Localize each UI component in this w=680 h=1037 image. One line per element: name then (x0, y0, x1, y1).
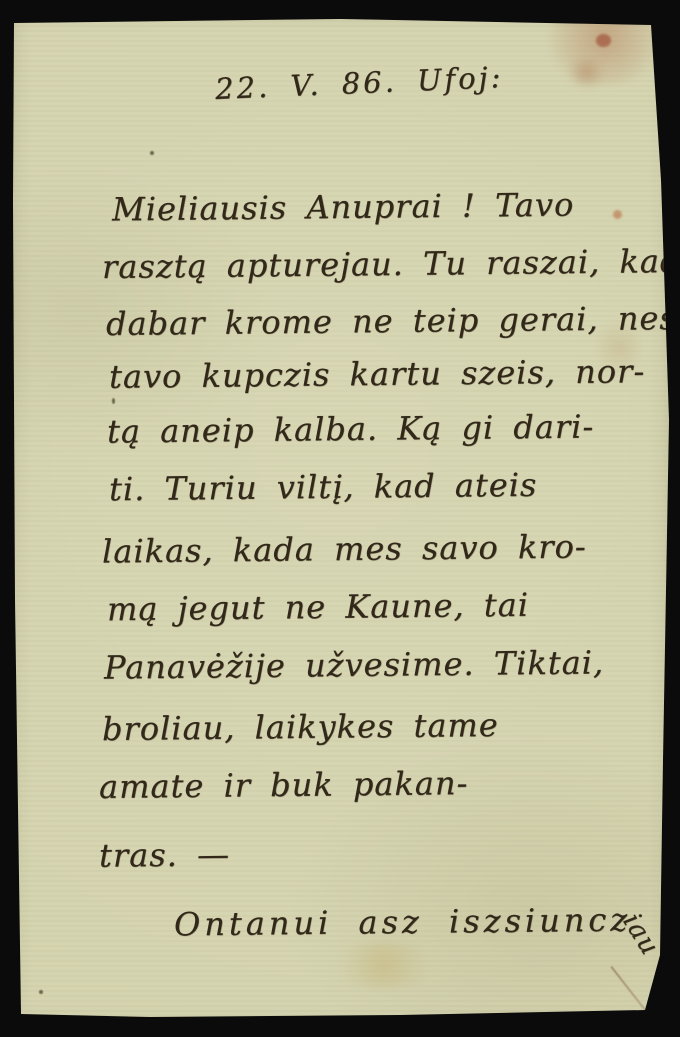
letter-line-10: broliau, laikykes tame (102, 706, 499, 748)
foxing-cluster (565, 58, 607, 88)
letter-line-4: tavo kupczis kartu szeis, nor- (109, 352, 646, 396)
letter-line-7: laikas, kada mes savo kro- (102, 527, 587, 570)
ink-speck (39, 990, 43, 994)
letter-line-5: tą aneip kalba. Ką gi dari- (107, 407, 595, 450)
letter-dateline: 22. V. 86. Ufoj: (214, 60, 504, 106)
letter-line-8: mą jegut ne Kaune, tai (107, 586, 529, 628)
letter-line-11: amate ir buk pakan- (99, 764, 469, 806)
letter-line-6: ti. Turiu viltį, kad ateis (109, 466, 538, 508)
letter-line-12: tras. — (99, 835, 230, 874)
stain-bottom-center (328, 942, 440, 988)
scan-background: 22. V. 86. Ufoj: Mieliausis Anuprai ! Ta… (0, 0, 680, 1037)
letter-line-9: Panavėžije užvesime. Tiktai, (104, 643, 604, 686)
letter-line-2: rasztą apturejau. Tu raszai, kad (102, 242, 680, 286)
foxing-dot (596, 34, 611, 47)
small-stain-right-edge (613, 210, 622, 219)
ink-speck (150, 151, 154, 155)
letter-line-1: Mieliausis Anuprai ! Tavo (112, 186, 575, 229)
paper-crease-bottom-right (610, 966, 661, 1030)
letter-line-3: dabar krome ne teip gerai, nes (106, 299, 677, 343)
letter-closing-line: Ontanui asz iszsiuncz (174, 901, 631, 944)
ink-speck (112, 398, 115, 404)
letter-page: 22. V. 86. Ufoj: Mieliausis Anuprai ! Ta… (0, 0, 680, 1037)
